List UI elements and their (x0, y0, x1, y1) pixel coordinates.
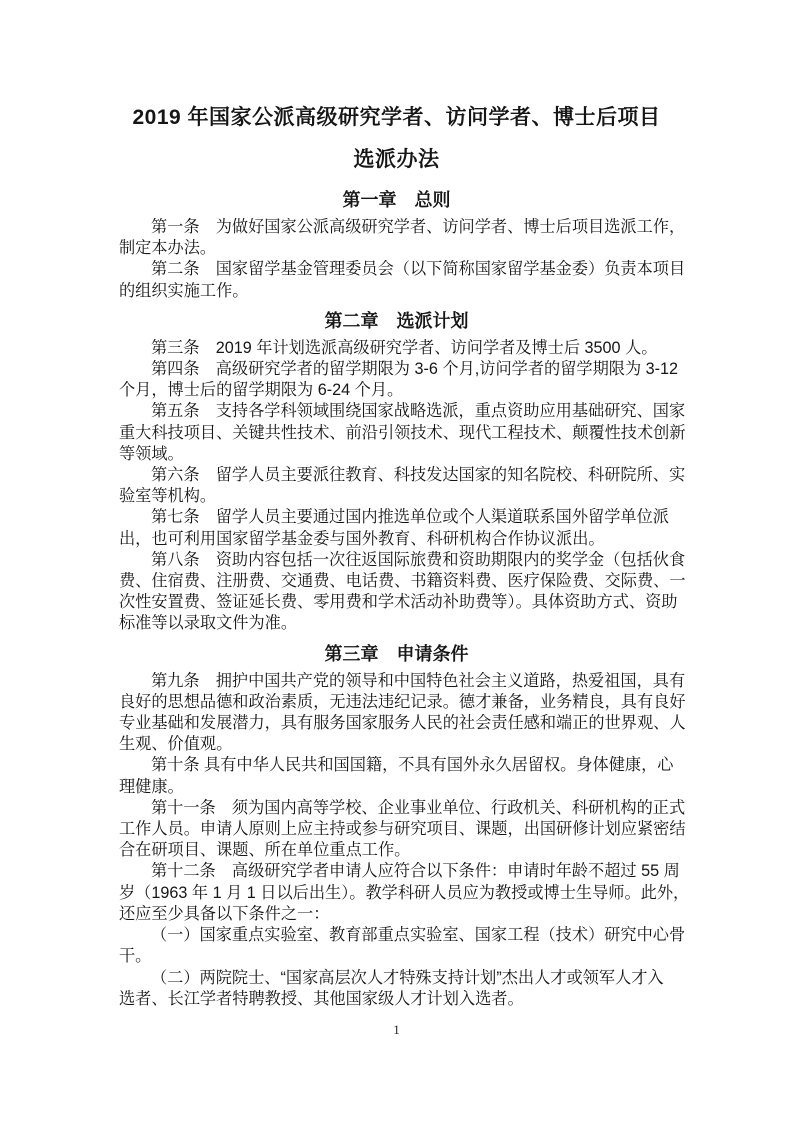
document-title: 2019 年国家公派高级研究学者、访问学者、博士后项目 选派办法 (119, 97, 674, 181)
paragraph: 第五条 支持各学科领域围绕国家战略选派，重点资助应用基础研究、国家重大科技项目、… (119, 401, 674, 465)
text-line: 第三条 2019 年计划选派高级研究学者、访问学者及博士后 3500 人。 (119, 338, 674, 359)
text-line: 岁（1963 年 1 月 1 日以后出生）。教学科研人员应为教授或博士生导师。此… (119, 883, 674, 904)
text-line: 第九条 拥护中国共产党的领导和中国特色社会主义道路，热爱祖国，具有 (119, 671, 674, 692)
text-line: 第八条 资助内容包括一次往返国际旅费和资助期限内的奖学金（包括伙食 (119, 550, 674, 571)
text-line: 生观、价值观。 (119, 734, 674, 755)
text-line: 验室等机构。 (119, 486, 674, 507)
text-line: 理健康。 (119, 777, 674, 798)
text-line: 还应至少具备以下条件之一： (119, 904, 674, 925)
document-page: 2019 年国家公派高级研究学者、访问学者、博士后项目 选派办法 第一章 总则第… (0, 0, 793, 1122)
text-line: 第六条 留学人员主要派往教育、科技发达国家的知名院校、科研院所、实 (119, 465, 674, 486)
page-number: 1 (0, 1022, 793, 1038)
text-line: 干。 (119, 946, 674, 967)
paragraph: 第一条 为做好国家公派高级研究学者、访问学者、博士后项目选派工作，制定本办法。 (119, 217, 674, 259)
text-line: 出，也可利用国家留学基金委与国外教育、科研机构合作协议派出。 (119, 529, 674, 550)
text-line: 个月，博士后的留学期限为 6-24 个月。 (119, 380, 674, 401)
text-line: 选者、长江学者特聘教授、其他国家级人才计划入选者。 (119, 989, 674, 1010)
text-line: 费、住宿费、注册费、交通费、电话费、书籍资料费、医疗保险费、交际费、一 (119, 571, 674, 592)
text-line: 第一条 为做好国家公派高级研究学者、访问学者、博士后项目选派工作， (119, 217, 674, 238)
chapter-heading: 第二章 选派计划 (119, 308, 674, 335)
paragraph: 第三条 2019 年计划选派高级研究学者、访问学者及博士后 3500 人。 (119, 338, 674, 359)
paragraph: 第四条 高级研究学者的留学期限为 3-6 个月,访问学者的留学期限为 3-12个… (119, 359, 674, 401)
paragraph: 第十二条 高级研究学者申请人应符合以下条件：申请时年龄不超过 55 周岁（196… (119, 861, 674, 925)
text-line: 次性安置费、签证延长费、零用费和学术活动补助费等）。具体资助方式、资助 (119, 592, 674, 613)
text-line: 第十二条 高级研究学者申请人应符合以下条件：申请时年龄不超过 55 周 (119, 861, 674, 882)
text-line: 的组织实施工作。 (119, 281, 674, 302)
text-line: 第七条 留学人员主要通过国内推选单位或个人渠道联系国外留学单位派 (119, 507, 674, 528)
paragraph: 第七条 留学人员主要通过国内推选单位或个人渠道联系国外留学单位派出，也可利用国家… (119, 507, 674, 549)
text-line: 合在研项目、课题、所在单位重点工作。 (119, 840, 674, 861)
paragraph: 第六条 留学人员主要派往教育、科技发达国家的知名院校、科研院所、实验室等机构。 (119, 465, 674, 507)
text-line: 第五条 支持各学科领域围绕国家战略选派，重点资助应用基础研究、国家 (119, 401, 674, 422)
text-line: （二）两院院士、“国家高层次人才特殊支持计划”杰出人才或领军人才入 (119, 968, 674, 989)
document-title-line-2: 选派办法 (119, 139, 674, 181)
paragraph: （二）两院院士、“国家高层次人才特殊支持计划”杰出人才或领军人才入选者、长江学者… (119, 968, 674, 1010)
text-line: 第十一条 须为国内高等学校、企业事业单位、行政机关、科研机构的正式 (119, 798, 674, 819)
text-line: 重大科技项目、关键共性技术、前沿引领技术、现代工程技术、颠覆性技术创新 (119, 423, 674, 444)
paragraph: 第十条 具有中华人民共和国国籍，不具有国外永久居留权。身体健康，心理健康。 (119, 755, 674, 797)
text-line: 第二条 国家留学基金管理委员会（以下简称国家留学基金委）负责本项目 (119, 259, 674, 280)
chapter-heading: 第三章 申请条件 (119, 641, 674, 668)
text-line: （一）国家重点实验室、教育部重点实验室、国家工程（技术）研究中心骨 (119, 925, 674, 946)
text-line: 等领域。 (119, 444, 674, 465)
text-line: 良好的思想品德和政治素质，无违法违纪记录。德才兼备，业务精良，具有良好 (119, 692, 674, 713)
text-line: 第十条 具有中华人民共和国国籍，不具有国外永久居留权。身体健康，心 (119, 755, 674, 776)
paragraph: 第八条 资助内容包括一次往返国际旅费和资助期限内的奖学金（包括伙食费、住宿费、注… (119, 550, 674, 635)
text-line: 专业基础和发展潜力，具有服务国家服务人民的社会责任感和端正的世界观、人 (119, 713, 674, 734)
paragraph: 第九条 拥护中国共产党的领导和中国特色社会主义道路，热爱祖国，具有良好的思想品德… (119, 671, 674, 756)
paragraph: 第十一条 须为国内高等学校、企业事业单位、行政机关、科研机构的正式工作人员。申请… (119, 798, 674, 862)
text-line: 制定本办法。 (119, 238, 674, 259)
paragraph: 第二条 国家留学基金管理委员会（以下简称国家留学基金委）负责本项目的组织实施工作… (119, 259, 674, 301)
text-line: 第四条 高级研究学者的留学期限为 3-6 个月,访问学者的留学期限为 3-12 (119, 359, 674, 380)
text-line: 标准等以录取文件为准。 (119, 613, 674, 634)
document-title-line-1: 2019 年国家公派高级研究学者、访问学者、博士后项目 (119, 97, 674, 139)
text-line: 工作人员。申请人原则上应主持或参与研究项目、课题，出国研修计划应紧密结 (119, 819, 674, 840)
chapter-heading: 第一章 总则 (119, 187, 674, 214)
document-body: 第一章 总则第一条 为做好国家公派高级研究学者、访问学者、博士后项目选派工作，制… (119, 187, 674, 1010)
paragraph: （一）国家重点实验室、教育部重点实验室、国家工程（技术）研究中心骨干。 (119, 925, 674, 967)
